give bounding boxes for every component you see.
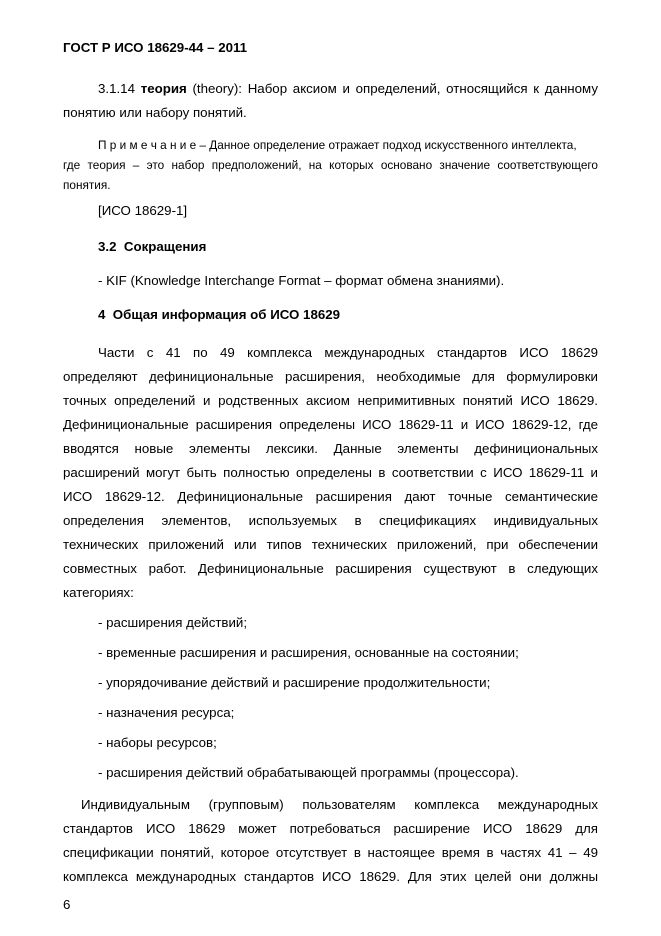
section-heading-general-info: 4 Общая информация об ИСО 18629 [63,303,598,327]
list-item: - временные расширения и расширения, осн… [63,641,598,665]
term-number: 3.1.14 [98,81,135,96]
info-paragraph-line: определения элементов, используемых в сп… [63,509,598,533]
list-item: - упорядочивание действий и расширение п… [63,671,598,695]
users-paragraph-line: Индивидуальным (групповым) пользователям… [63,793,598,817]
users-paragraph: Индивидуальным (групповым) пользователям… [63,793,598,889]
info-paragraph-line: определяют дефинициональные расширения, … [63,365,598,389]
list-item: - наборы ресурсов; [63,731,598,755]
info-paragraph-line: Части с 41 по 49 комплекса международных… [63,341,598,365]
standard-reference: [ИСО 18629-1] [63,199,598,223]
info-paragraph-line: точных определений и родственных аксиом … [63,389,598,413]
list-item: - расширения действий обрабатывающей про… [63,761,598,785]
note-line-3: понятия. [63,175,598,195]
note-paragraph: П р и м е ч а н и е – Данное определение… [63,135,598,195]
document-header: ГОСТ Р ИСО 18629-44 – 2011 [63,36,598,60]
section-heading-abbreviations: 3.2 Сокращения [63,235,598,259]
document-page: ГОСТ Р ИСО 18629-44 – 2011 3.1.14 теория… [0,0,661,936]
note-line-1: П р и м е ч а н и е – Данное определение… [63,135,598,155]
info-paragraph-line: вводятся новые элементы лексики. Данные … [63,437,598,461]
info-paragraph-line: категориях: [63,581,598,605]
list-item: - назначения ресурса; [63,701,598,725]
users-paragraph-line: стандартов ИСО 18629 может потребоваться… [63,817,598,841]
term-word: теория [141,81,187,96]
info-paragraph-line: Дефинициональные расширения определены И… [63,413,598,437]
users-paragraph-line: комплекса международных стандартов ИСО 1… [63,865,598,889]
general-info-paragraph: Части с 41 по 49 комплекса международных… [63,341,598,605]
abbreviation-item-kif: - KIF (Knowledge Interchange Format – фо… [63,269,598,293]
info-paragraph-line: ИСО 18629-12. Дефинициональные расширени… [63,485,598,509]
term-definition-line-2: понятию или набору понятий. [63,101,598,125]
note-line-2: где теория – это набор предположений, на… [63,155,598,175]
info-paragraph-line: расширений могут быть полностью определе… [63,461,598,485]
term-definition-paragraph: 3.1.14 теория (theory): Набор аксиом и о… [63,77,598,125]
page-number: 6 [63,893,598,917]
info-paragraph-line: совместных работ. Дефинициональные расши… [63,557,598,581]
info-paragraph-line: технических приложений или типов техниче… [63,533,598,557]
extension-categories-list: - расширения действий; - временные расши… [63,611,598,785]
term-definition-line-1: 3.1.14 теория (theory): Набор аксиом и о… [63,77,598,101]
users-paragraph-line: спецификации понятий, которое отсутствуе… [63,841,598,865]
term-definition-text: (theory): Набор аксиом и определений, от… [192,81,598,96]
list-item: - расширения действий; [63,611,598,635]
